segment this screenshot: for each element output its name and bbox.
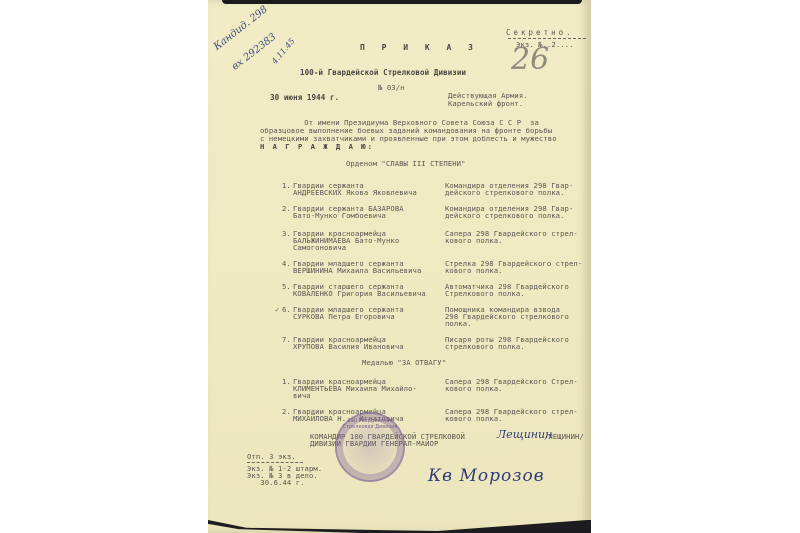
- entry-name-line: Самогоновича: [293, 244, 346, 252]
- entry-number: 1.: [282, 378, 291, 386]
- handwritten-number: 26: [511, 42, 549, 77]
- order-date: 30 июня 1944 г.: [270, 94, 339, 102]
- entry-name-line: АНДРЕЕВСКИХ Якова Яковлевича: [293, 189, 417, 197]
- entry-number: 7.: [282, 336, 291, 344]
- entry-number: 2.: [282, 408, 291, 416]
- classification-underline: [508, 38, 586, 39]
- location-line-2: Карельский фронт.: [448, 100, 523, 108]
- entry-number: 1.: [282, 182, 291, 190]
- page-title: П Р И К А З: [360, 44, 479, 52]
- distribution-divider: [247, 462, 303, 463]
- entry-number: 5.: [282, 283, 291, 291]
- checkmark: ✓: [275, 306, 279, 314]
- order-number: № 03/н: [378, 84, 405, 92]
- entry-number: 4.: [282, 260, 291, 268]
- entry-number: 3.: [282, 230, 291, 238]
- entry-name-line: ВЕРШИНИНА Михаила Васильевича: [293, 267, 421, 275]
- distribution-header: Отп. 3 экз.: [247, 453, 296, 461]
- issuer: 100-й Гвардейской Стрелковой Дивизии: [300, 69, 466, 77]
- entry-name-line: СУРКОВА Петра Егоровича: [293, 313, 395, 321]
- stamp-text: 100 Гвардейская Стрелковая Дивизия: [337, 418, 403, 430]
- entry-position-line: кового полка.: [445, 385, 503, 393]
- classification-label: Секретно.: [506, 29, 574, 37]
- distribution-line: 30.6.44 г.: [247, 479, 305, 487]
- entry-position-line: полка.: [445, 320, 472, 328]
- entry-number: 6.: [282, 306, 291, 314]
- entry-position-line: кового полка.: [445, 267, 503, 275]
- entry-name-line: КОВАЛЕНКО Григория Васильевича: [293, 290, 426, 298]
- entry-position-line: дейского стрелкового полка.: [445, 189, 565, 197]
- entry-name-line: вича: [293, 392, 311, 400]
- award-decree: Н А Г Р А Ж Д А Ю:: [260, 143, 374, 151]
- section-heading-medal-for-courage: Медалью "ЗА ОТВАГУ": [362, 359, 446, 367]
- commander-name: /ЛЕЩИНИН/: [544, 433, 584, 441]
- section-heading-order-of-glory: Орденом "СЛАВЫ III СТЕПЕНИ": [346, 160, 466, 168]
- entry-position-line: дейского стрелкового полка.: [445, 212, 565, 220]
- verifier-signature: Кв Морозов: [428, 466, 545, 486]
- entry-number: 2.: [282, 205, 291, 213]
- entry-position-line: Стрелкового полка.: [445, 290, 525, 298]
- official-seal-stamp: 100 Гвардейская Стрелковая Дивизия: [335, 412, 405, 482]
- scan-backing-top: [222, 0, 582, 4]
- entry-position-line: кового полка.: [445, 415, 503, 423]
- entry-name-line: ХРУПОВА Василия Ивановича: [293, 343, 404, 351]
- entry-position-line: стрелкового полка.: [445, 343, 525, 351]
- entry-position-line: кового полка.: [445, 237, 503, 245]
- entry-name-line: Бато-Мунко Гомбоевича: [293, 212, 386, 220]
- entry-name-line: КЛИМЕНТЬЕВА Михаила Михайло-: [293, 385, 417, 393]
